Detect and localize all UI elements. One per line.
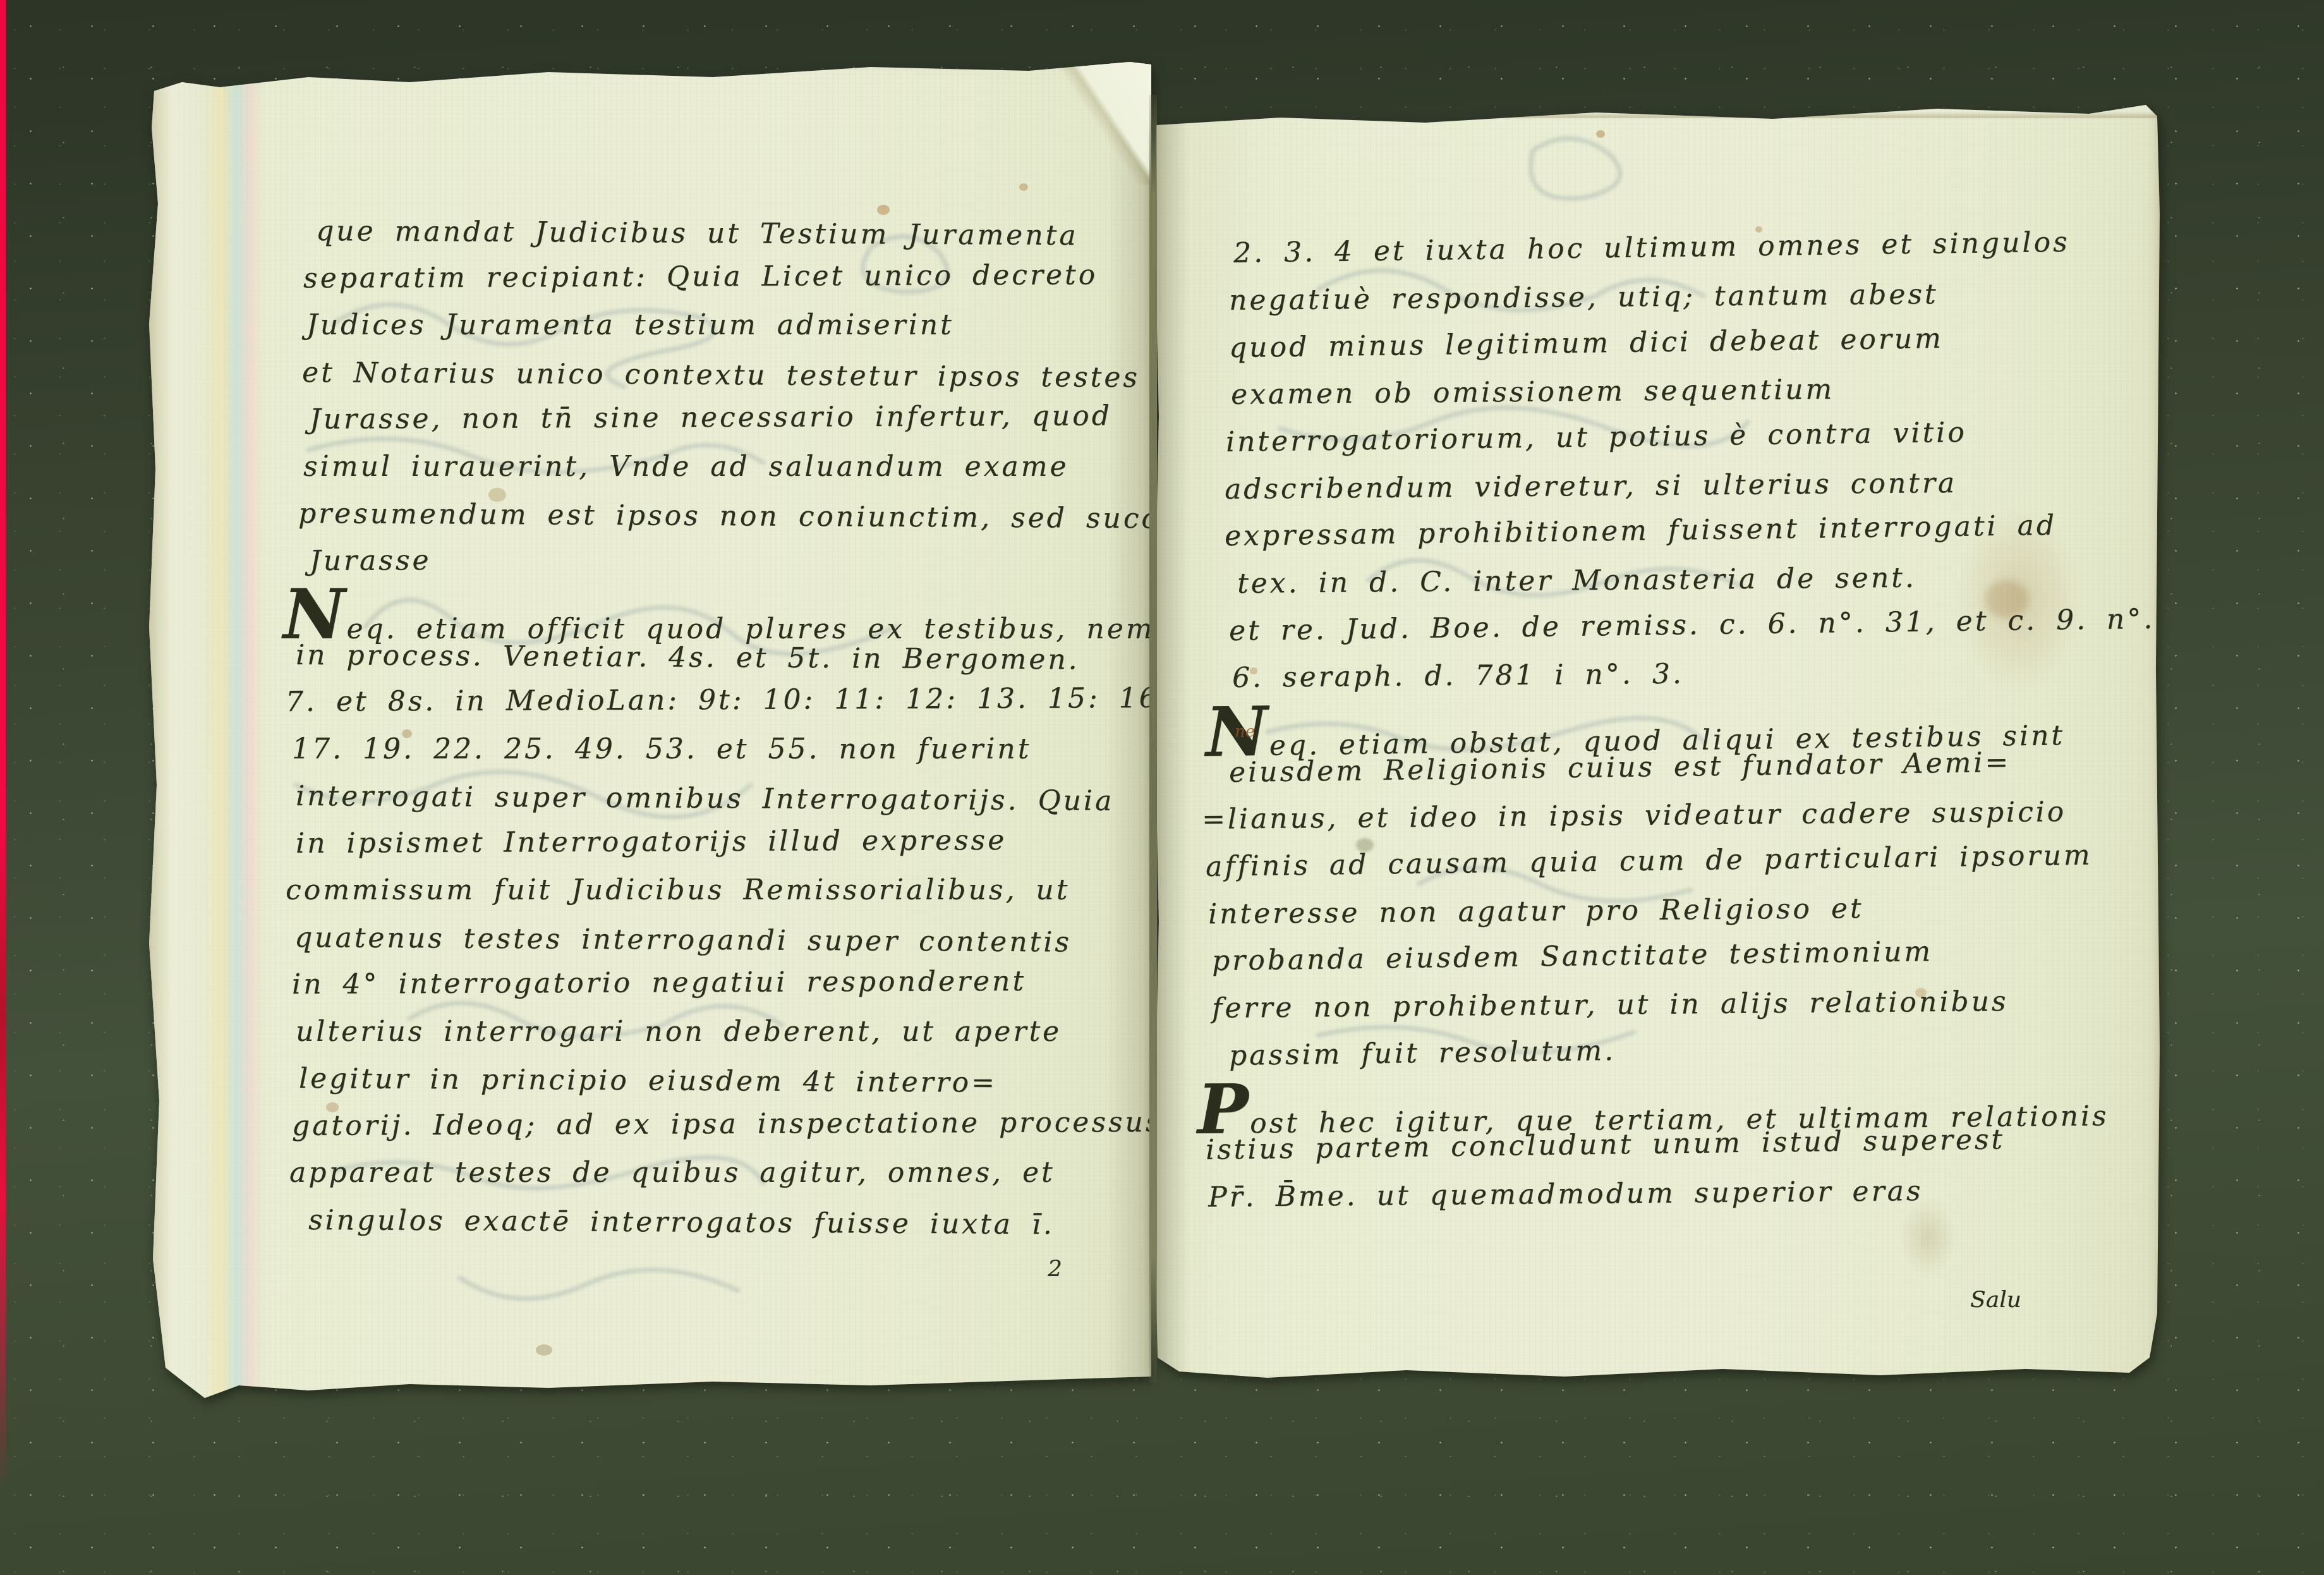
- top-edge-crease: [1154, 100, 2160, 119]
- manuscript-line: quatenus testes interrogandi super conte…: [294, 921, 1072, 959]
- manuscript-line: probanda eiusdem Sanctitate testimonium: [1212, 935, 1934, 977]
- manuscript-line: 2. 3. 4 et iuxta hoc ultimum omnes et si…: [1233, 226, 2070, 269]
- manuscript-line: =lianus, et ideo in ipsis videatur cader…: [1202, 796, 2067, 836]
- manuscript-line: et re. Jud. Boe. de remiss. c. 6. n°. 31…: [1229, 603, 2155, 647]
- manuscript-line: examen ob omissionem sequentium: [1231, 374, 1835, 411]
- manuscript-line: singulos exactē interrogatos fuisse iuxt…: [308, 1204, 1055, 1241]
- manuscript-line-initial-N: Neq. etiam officit quod plures ex testib…: [283, 592, 1194, 645]
- manuscript-line: que mandat Judicibus ut Testium Jurament…: [316, 215, 1079, 252]
- manuscript-line: separatim recipiant: Quia Licet unico de…: [303, 259, 1098, 295]
- page-number-marker: 2: [1048, 1256, 1062, 1282]
- foxing-spot: [877, 205, 890, 215]
- manuscript-line: in process. Venetiar. 4s. et 5t. in Berg…: [296, 639, 1080, 676]
- manuscript-line: Judices Juramenta testium admiserint: [306, 309, 954, 341]
- manuscript-line: tex. in d. C. inter Monasteria de sent.: [1237, 562, 1916, 600]
- scanner-rainbow-artifact: [205, 58, 263, 1411]
- manuscript-line: Jurasse: [310, 544, 432, 577]
- manuscript-line: appareat testes de quibus agitur, omnes,…: [289, 1157, 1055, 1189]
- manuscript-line: ferre non prohibentur, ut in alijs relat…: [1212, 985, 2009, 1025]
- manuscript-line: passim fuit resolutum.: [1229, 1035, 1616, 1072]
- manuscript-line: Jurasse, non tn̄ sine necessario infertu…: [310, 399, 1112, 435]
- foxing-spot: [1019, 183, 1028, 191]
- manuscript-line: gatorij. Ideoq; ad ex ipsa inspectatione…: [292, 1106, 1163, 1142]
- manuscript-line: negatiuè respondisse, utiq; tantum abest: [1229, 278, 1939, 317]
- manuscript-page-left: que mandat Judicibus ut Testium Jurament…: [144, 58, 1151, 1411]
- manuscript-line: simul iurauerint, Vnde ad saluandum exam…: [303, 451, 1068, 483]
- manuscript-line: Pr̄. B̄me. ut quemadmodum superior eras: [1208, 1175, 1923, 1213]
- stain-blotch: [1899, 1200, 1956, 1275]
- scribal-correction: ne: [1235, 722, 1255, 741]
- manuscript-line: affinis ad causam quia cum de particular…: [1206, 839, 2093, 883]
- manuscript-line: ulterius interrogari non deberent, ut ap…: [296, 1016, 1062, 1048]
- foxing-spot: [536, 1344, 552, 1356]
- manuscript-line: 17. 19. 22. 25. 49. 53. et 55. non fueri…: [292, 733, 1031, 765]
- green-felt-backdrop: que mandat Judicibus ut Testium Jurament…: [0, 0, 2324, 1575]
- gutter-shadow-right: [1154, 100, 1189, 1385]
- paper-left: que mandat Judicibus ut Testium Jurament…: [144, 58, 1151, 1411]
- gutter-shadow-left: [1107, 58, 1151, 1411]
- folded-corner: [1044, 58, 1151, 185]
- page-gutter: [1149, 95, 1157, 1383]
- paper-right: 2. 3. 4 et iuxta hoc ultimum omnes et si…: [1154, 100, 2160, 1385]
- manuscript-line: presumendum est ipsos non coniunctim, se…: [298, 497, 1263, 535]
- manuscript-page-right: 2. 3. 4 et iuxta hoc ultimum omnes et si…: [1154, 100, 2160, 1385]
- manuscript-line: 6. seraph. d. 781 i n°. 3.: [1232, 658, 1684, 694]
- manuscript-line: 7. et 8s. in MedioLan: 9t: 10: 11: 12: 1…: [286, 682, 1171, 718]
- manuscript-line: commissum fuit Judicibus Remissorialibus…: [286, 874, 1070, 906]
- manuscript-line: interrogati super omnibus Interrogatorij…: [296, 780, 1115, 817]
- manuscript-line: in ipsismet Interrogatorijs illud expres…: [296, 824, 1007, 860]
- manuscript-line: quod minus legitimum dici debeat eorum: [1229, 322, 1944, 364]
- manuscript-line: expressam prohibitionem fuissent interro…: [1225, 509, 2057, 552]
- manuscript-line: in 4° interrogatorio negatiui respondere…: [292, 965, 1026, 1000]
- manuscript-line: interrogatoriorum, ut potius è contra vi…: [1226, 417, 1967, 458]
- manuscript-line: legitur in principio eiusdem 4t interro=: [299, 1062, 997, 1099]
- foxing-spot: [1596, 130, 1605, 138]
- catchword: Salu: [1970, 1287, 2021, 1313]
- red-cloth-edge: [0, 0, 6, 1492]
- manuscript-line: adscribendum videretur, si ulterius cont…: [1225, 467, 1957, 506]
- manuscript-line: interesse non agatur pro Religioso et: [1208, 892, 1864, 930]
- manuscript-line: et Notarius unico contextu testetur ipso…: [302, 356, 1140, 394]
